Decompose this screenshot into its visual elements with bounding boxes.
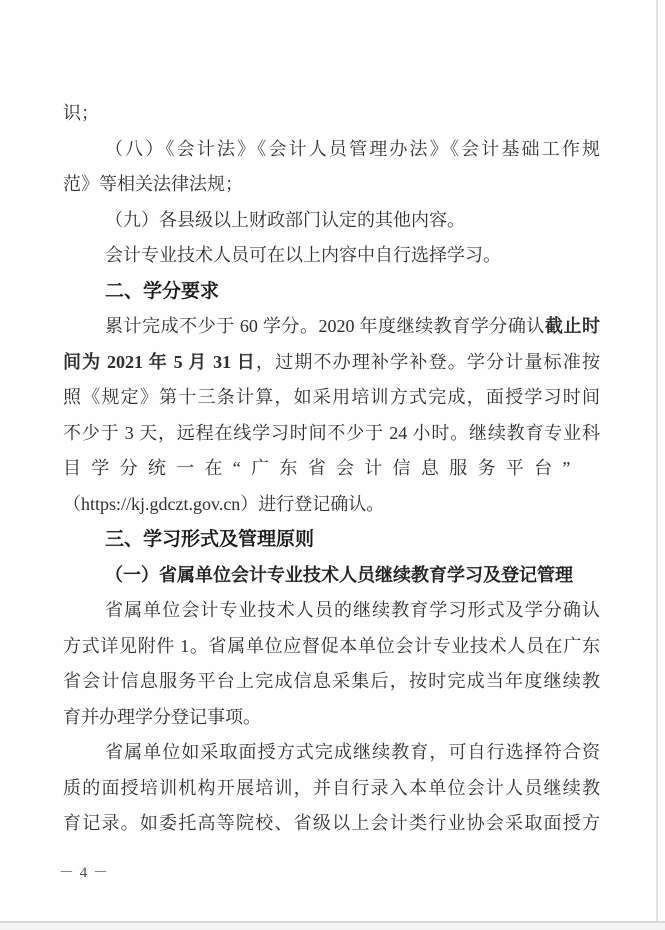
subsection-heading-provincial-units: （一）省属单位会计专业技术人员继续教育学习及登记管理 bbox=[63, 558, 600, 594]
doc-line-facetoface-1: 省属单位如采取面授方式完成继续教育，可自行选择符合资 bbox=[63, 735, 600, 771]
doc-line-item-8: （八）《会计法》《会计人员管理办法》《会计基础工作规 bbox=[63, 132, 600, 168]
scan-edge-right bbox=[656, 0, 658, 922]
doc-line-provincial-2: 方式详见附件 1。省属单位应督促本单位会计专业技术人员在广东 bbox=[63, 629, 600, 665]
doc-text: 累计完成不少于 60 学分。2020 年度继续教育学分确认 bbox=[105, 316, 545, 336]
doc-line-credits-4: 不少于 3 天，远程在线学习时间不少于 24 小时。继续教育专业科 bbox=[63, 416, 600, 452]
doc-line-facetoface-3: 育记录。如委托高等院校、省级以上会计类行业协会采取面授方 bbox=[63, 806, 600, 842]
section-heading-learning-forms: 三、学习形式及管理原则 bbox=[63, 522, 600, 558]
doc-line-platform-url: （https://kj.gdczt.gov.cn）进行登记确认。 bbox=[63, 487, 600, 523]
doc-line-facetoface-2: 质的面授培训机构开展培训，并自行录入本单位会计人员继续教 bbox=[63, 771, 600, 807]
doc-line-provincial-3: 省会计信息服务平台上完成信息采集后，按时完成当年度继续教 bbox=[63, 664, 600, 700]
document-body: 识； （八）《会计法》《会计人员管理办法》《会计基础工作规 范》等相关法律法规；… bbox=[63, 96, 600, 842]
doc-line-platform-name: 目学分统一在“广东省会计信息服务平台” bbox=[63, 451, 600, 487]
section-heading-credit-requirements: 二、学分要求 bbox=[63, 274, 600, 310]
deadline-emphasis-end: 间为 2021 年 5 月 31 日 bbox=[63, 352, 256, 372]
doc-line-credits-2: 间为 2021 年 5 月 31 日，过期不办理补学补登。学分计量标准按 bbox=[63, 345, 600, 381]
doc-line-provincial-1: 省属单位会计专业技术人员的继续教育学习形式及学分确认 bbox=[63, 593, 600, 629]
doc-line-provincial-4: 育并办理学分登记事项。 bbox=[63, 700, 600, 736]
page-number: － 4 － bbox=[59, 862, 109, 884]
doc-line-credits-3: 照《规定》第十三条计算，如采用培训方式完成，面授学习时间 bbox=[63, 380, 600, 416]
scan-edge-strip bbox=[0, 923, 665, 930]
doc-line-credits-1: 累计完成不少于 60 学分。2020 年度继续教育学分确认截止时 bbox=[63, 309, 600, 345]
doc-text: ，过期不办理补学补登。学分计量标准按 bbox=[256, 352, 600, 372]
document-page: 识； （八）《会计法》《会计人员管理办法》《会计基础工作规 范》等相关法律法规；… bbox=[0, 0, 665, 930]
doc-line-item-9: （九）各县级以上财政部门认定的其他内容。 bbox=[63, 203, 600, 239]
doc-line-continuation: 识； bbox=[63, 96, 600, 132]
doc-line-item-8-cont: 范》等相关法律法规； bbox=[63, 167, 600, 203]
doc-line-self-select: 会计专业技术人员可在以上内容中自行选择学习。 bbox=[63, 238, 600, 274]
deadline-emphasis-start: 截止时 bbox=[545, 316, 600, 336]
